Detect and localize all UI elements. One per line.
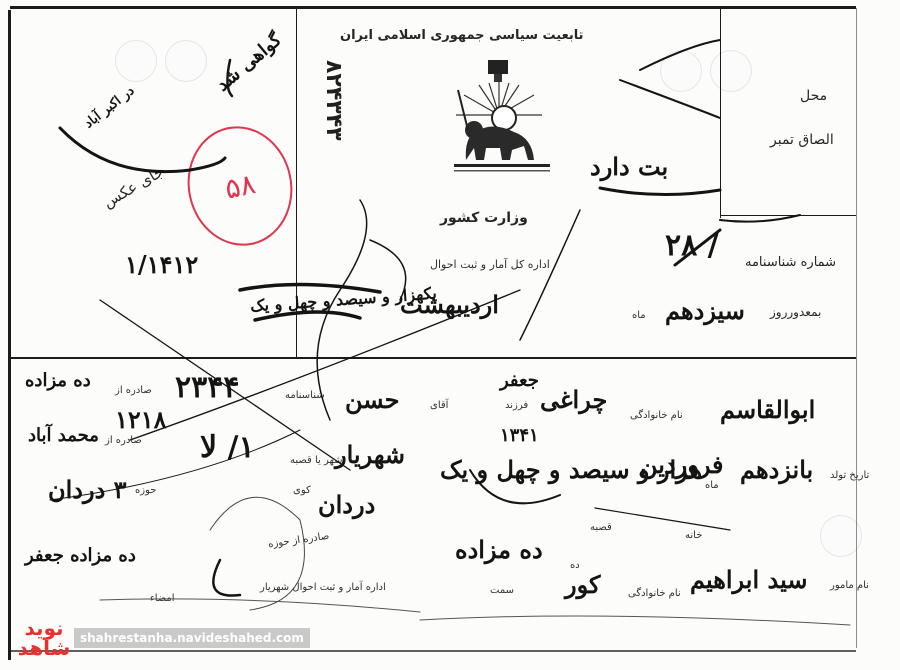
handwriting-strokes [0, 0, 900, 670]
site-watermark: نوید شاهد shahrestanha.navideshahed.com [14, 618, 274, 660]
watermark-url: shahrestanha.navideshahed.com [74, 628, 310, 648]
scanned-document: تابعیت سیاسی جمهوری اسلامی ایران ۸۲۴۳۴۳ … [0, 0, 900, 670]
navideshahed-logo: نوید شاهد [14, 618, 74, 660]
